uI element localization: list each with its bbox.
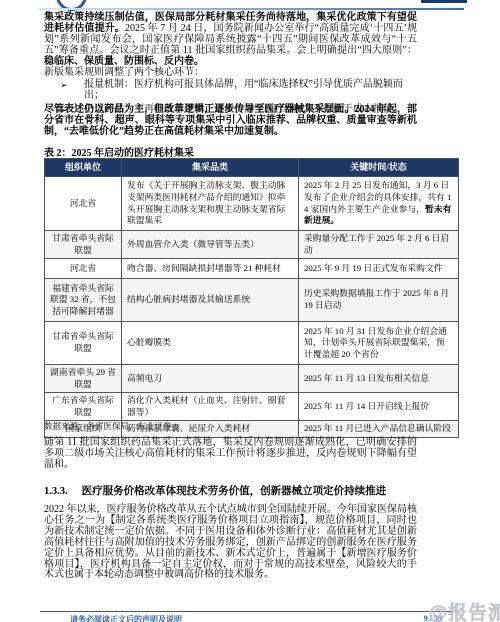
bullet-item: ➢ 报量机制：医疗机构可报具体品牌，用“临床选择权”引导优质产品脱颖而出；: [60, 80, 417, 102]
intro-paragraph: 集采政策持续压制估值，医保局部分耗材集采任务尚待落地，集采优化政策下有望促进耗材…: [44, 13, 417, 68]
org-cell: 湖南省牵头 29 省联盟: [45, 365, 122, 393]
category-cell: 消化介入类耗材（止血夹、注射针、圈套器等）: [122, 393, 299, 421]
table-row: 甘肃省牵头省际联盟 外周血管介入类（微导管等五类） 采购量分配工作于 2025 …: [45, 231, 459, 259]
category-cell: 发布《关于开展胸主动脉支架、腹主动脉支架两类医用耗材产品介绍的通知》拟牵头开展胸…: [122, 177, 299, 231]
transition-paragraph: 尽管表述仍以药品为主，但改革逻辑正逐步传导至医疗器械集采层面。2024 年起，部…: [44, 105, 417, 138]
table-row: 河北省 发布《关于开展胸主动脉支架、腹主动脉支架两类医用耗材产品介绍的通知》拟牵…: [45, 177, 459, 231]
section-number: 1.3.3.: [44, 486, 68, 497]
org-cell: 甘肃省牵头省际联盟: [45, 231, 122, 259]
watermark-logo: @报告派: [428, 598, 500, 622]
org-cell: 甘肃省牵头省际联盟: [45, 322, 122, 365]
table-row: 福建省牵头省际联盟 32 省，不包括可降解封堵器 结构心脏病封堵器及其输送系统 …: [45, 279, 459, 322]
category-cell: 高频电刀: [122, 365, 299, 393]
header-accent-bar: [421, 0, 467, 3]
table-title: 表 2：2025 年启动的医疗耗材集采: [44, 144, 458, 159]
table-row: 河北省 吻合器、房间隔缺损封堵器等 21 种耗材 2025 年 9 月 19 日…: [45, 259, 459, 279]
footer-divider-rule: [40, 611, 460, 612]
status-cell: 2025 年 10 月 31 日发布企业介绍会通知，计划牵头开展省际联盟集采，预…: [299, 322, 459, 365]
table-row: 甘肃省牵头省际联盟 心脏瓣膜类 2025 年 10 月 31 日发布企业介绍会通…: [45, 322, 459, 365]
table-header-org: 组织单位: [45, 159, 122, 177]
intro-bold-principles: 稳临床、保质量、防围标、反内卷。: [44, 56, 204, 67]
org-cell: 广东省牵头省际联盟: [45, 393, 122, 421]
status-cell: 2025 年 11 月已进入产品信息确认阶段: [299, 421, 459, 438]
status-cell: 2025 年 9 月 19 日正式发布采购文件: [299, 259, 459, 279]
section-heading: 1.3.3.医疗服务价格改革体现技术劳务价值，创新器械立项定价持续推进: [44, 483, 458, 498]
status-cell: 采购量分配工作于 2025 年 2 月 6 日启动: [299, 231, 459, 259]
status-cell: 2025 年 11 月 14 日开启线上报价: [299, 393, 459, 421]
status-cell: 历史采购数据填报工作于 2025 年 8 月 19 日启动: [299, 279, 459, 322]
category-cell: 吻合器、房间隔缺损封堵器等 21 种耗材: [122, 259, 299, 279]
org-cell: 河北省: [45, 259, 122, 279]
footer-disclaimer: 请务必阅读正文后的声明及说明: [70, 614, 182, 622]
core-changes-line: 新版集采规则调整了两个核心环节：: [44, 68, 417, 79]
category-cell: 外周血管介入类（微导管等五类）: [122, 231, 299, 259]
body-paragraph: 2022 年以来，医疗服务价格改革从五个试点城市到全国陆续开展。今年国家医保局核…: [44, 505, 417, 581]
status-cell: 2025 年 11 月 13 日发布相关信息: [299, 365, 459, 393]
category-cell: 结构心脏病封堵器及其输送系统: [122, 279, 299, 322]
report-page: 集采政策持续压制估值，医保局部分耗材集采任务尚待落地，集采优化政策下有望促进耗材…: [0, 0, 500, 622]
table-header-row: 组织单位 集采品类 关键时间/状态: [45, 159, 459, 177]
procurement-table: 组织单位 集采品类 关键时间/状态 河北省 发布《关于开展胸主动脉支架、腹主动脉…: [44, 158, 459, 438]
header-divider-rule: [38, 8, 464, 10]
table-header-category: 集采品类: [122, 159, 299, 177]
org-cell: 福建省牵头省际联盟 32 省，不包括可降解封堵器: [45, 279, 122, 322]
section-title: 医疗服务价格改革体现技术劳务价值，创新器械立项定价持续推进: [82, 486, 387, 497]
table-row: 湖南省牵头 29 省联盟 高频电刀 2025 年 11 月 13 日发布相关信息: [45, 365, 459, 393]
status-cell: 2025 年 2 月 25 日发布通知，3 月 6 日发布了企业介绍会的具体安排…: [299, 177, 459, 231]
table-row: 广东省牵头省际联盟 消化介入类耗材（止血夹、注射针、圈套器等） 2025 年 1…: [45, 393, 459, 421]
summary-paragraph: 随第 11 批国家组织药品集采正式落地，集采反内卷规则逐渐成熟化，已明确安排的多…: [44, 438, 417, 471]
category-cell: 心脏瓣膜类: [122, 322, 299, 365]
org-cell: 河北省: [45, 177, 122, 231]
arrow-bullet-icon: ➢: [60, 80, 84, 102]
table-header-status: 关键时间/状态: [299, 159, 459, 177]
bullet-text: 报量机制：医疗机构可报具体品牌，用“临床选择权”引导优质产品脱颖而出；: [84, 80, 417, 102]
data-source-note: 数据来源：各省医保局，东北证券: [44, 420, 172, 432]
